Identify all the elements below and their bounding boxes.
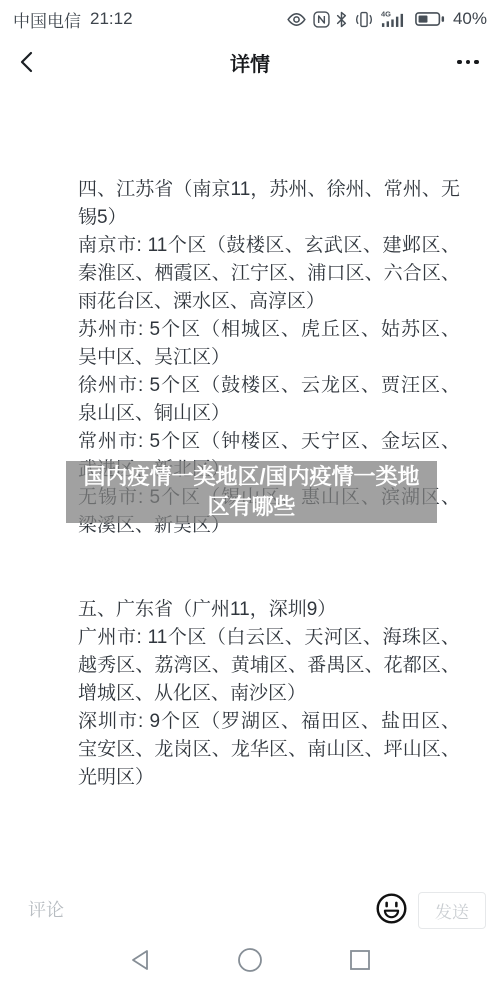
status-bar: 中国电信 21:12 4G 40% xyxy=(0,0,500,38)
nav-home-button[interactable] xyxy=(237,948,263,974)
article-paragraph: 五、广东省（广州11，深圳9） xyxy=(78,596,460,624)
home-circle-icon xyxy=(237,947,263,976)
watermark-line1: 国内疫情一类地区/国内疫情一类地 xyxy=(83,462,419,492)
more-button[interactable] xyxy=(450,50,486,74)
smiley-face-icon xyxy=(375,892,408,928)
watermark-line2: 区有哪些 xyxy=(207,492,295,522)
eye-protection-icon xyxy=(286,12,307,27)
article-section: 五、广东省（广州11，深圳9）广州市: 11个区（白云区、天河区、海珠区、越秀区… xyxy=(78,596,460,792)
battery-icon xyxy=(415,11,445,27)
svg-text:4G: 4G xyxy=(381,10,391,19)
carrier-label: 中国电信 xyxy=(13,7,81,32)
comment-input[interactable] xyxy=(14,900,374,921)
header: 详情 xyxy=(0,38,500,86)
article-paragraph: 徐州市: 5个区（鼓楼区、云龙区、贾汪区、泉山区、铜山区） xyxy=(78,372,460,428)
article-paragraph: 广州市: 11个区（白云区、天河区、海珠区、越秀区、荔湾区、黄埔区、番禺区、花都… xyxy=(78,624,460,708)
send-button[interactable]: 发送 xyxy=(418,892,486,929)
clock-label: 21:12 xyxy=(90,9,133,29)
article-paragraph: 南京市: 11个区（鼓楼区、玄武区、建邺区、秦淮区、栖霞区、江宁区、浦口区、六合… xyxy=(78,232,460,316)
recents-square-icon xyxy=(349,949,371,974)
bluetooth-icon xyxy=(336,11,347,28)
vibrate-icon xyxy=(353,11,375,28)
battery-percent-label: 40% xyxy=(453,9,487,29)
ellipsis-icon xyxy=(457,60,479,65)
emoji-button[interactable] xyxy=(374,893,408,927)
article-paragraph: 四、江苏省（南京11，苏州、徐州、常州、无锡5） xyxy=(78,176,460,232)
back-triangle-icon xyxy=(129,948,151,975)
article-paragraph: 深圳市: 9个区（罗湖区、福田区、盐田区、宝安区、龙岗区、龙华区、南山区、坪山区… xyxy=(78,708,460,792)
android-nav-bar xyxy=(0,936,500,986)
article-paragraph: 苏州市: 5个区（相城区、虎丘区、姑苏区、吴中区、吴江区） xyxy=(78,316,460,372)
nav-recents-button[interactable] xyxy=(347,948,373,974)
comment-bar: 发送 xyxy=(0,884,500,936)
nfc-icon xyxy=(313,11,330,28)
nav-back-button[interactable] xyxy=(127,948,153,974)
watermark-overlay: 国内疫情一类地区/国内疫情一类地 区有哪些 xyxy=(66,461,437,523)
page-title: 详情 xyxy=(0,38,500,86)
signal-4g-icon: 4G xyxy=(381,10,409,28)
